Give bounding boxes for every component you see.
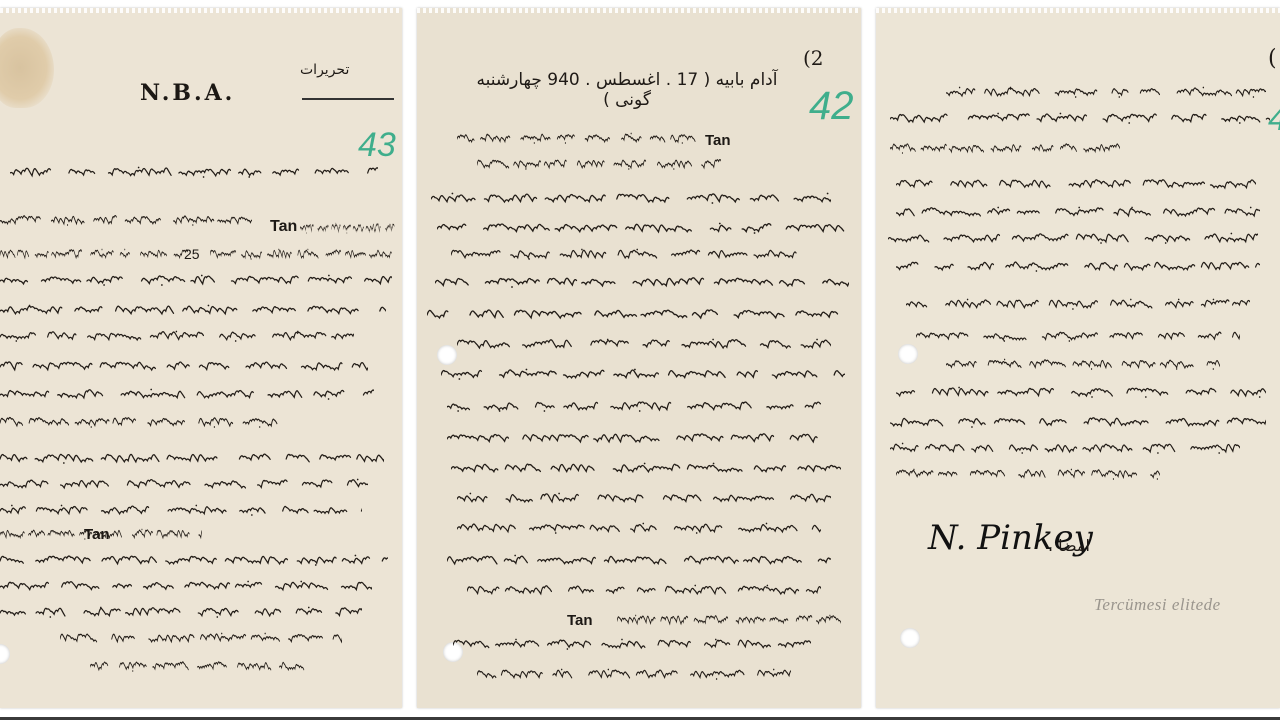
handwriting-line xyxy=(477,158,721,170)
handwriting-line xyxy=(477,668,791,680)
punch-hole xyxy=(898,344,918,364)
closing-word: امضا . xyxy=(1048,536,1090,555)
handwriting-line xyxy=(888,232,1258,244)
page-marker: ( xyxy=(1268,46,1277,71)
handwriting-line xyxy=(0,274,392,286)
handwriting-line xyxy=(427,308,843,320)
handwriting-line xyxy=(946,358,1220,370)
word-tan: Tan xyxy=(270,218,297,236)
handwriting-line xyxy=(451,248,801,260)
handwriting-line xyxy=(896,386,1266,398)
handwriting-line xyxy=(896,178,1256,190)
handwriting-line xyxy=(0,248,188,260)
handwriting-line xyxy=(890,416,1266,428)
handwriting-line xyxy=(437,222,847,234)
handwriting-line xyxy=(890,442,1240,454)
heading-underline xyxy=(302,98,394,100)
handwriting-line xyxy=(0,554,388,566)
punch-hole xyxy=(0,644,10,664)
punch-hole xyxy=(900,628,920,648)
handwriting-line xyxy=(896,206,1260,218)
handwriting-line xyxy=(10,166,378,178)
folio-number: 43 xyxy=(358,126,396,165)
handwriting-line xyxy=(457,522,821,534)
handwriting-line xyxy=(890,142,1120,154)
pencil-note: Tercümesi elitede xyxy=(1094,595,1221,615)
handwriting-line xyxy=(946,86,1266,98)
handwriting-line xyxy=(0,580,372,592)
letter-page-1: N.B.A. تحريرات 43 Tan 25 Tan xyxy=(0,8,402,708)
handwriting-line xyxy=(0,330,354,342)
handwriting-line xyxy=(435,276,849,288)
handwriting-line xyxy=(300,222,396,234)
word-tan: Tan xyxy=(705,132,731,149)
top-right-note: تحريرات xyxy=(300,62,349,78)
handwriting-line xyxy=(453,638,811,650)
handwriting-line xyxy=(457,492,831,504)
handwriting-line xyxy=(0,360,368,372)
letter-page-2: (2 آدام بابيه ( 17 . اغسطس . 940 چهارشنب… xyxy=(417,8,861,708)
handwriting-line xyxy=(896,260,1260,272)
handwriting-line xyxy=(90,660,312,672)
handwriting-line xyxy=(0,304,386,316)
page-heading: N.B.A. xyxy=(140,80,235,106)
water-stain xyxy=(0,28,54,108)
handwriting-line xyxy=(457,132,701,144)
handwriting-line xyxy=(467,584,821,596)
letter-page-3: 4 ( N. Pinkey امضا . Tercümesi elitede xyxy=(876,8,1280,708)
handwriting-line xyxy=(896,468,1160,480)
folio-number: 42 xyxy=(809,84,854,129)
handwriting-line xyxy=(0,606,362,618)
handwriting-line xyxy=(441,368,845,380)
handwriting-line xyxy=(451,462,841,474)
handwriting-line xyxy=(0,388,374,400)
date-line: آدام بابيه ( 17 . اغسطس . 940 چهارشنبه گ… xyxy=(457,70,797,110)
handwriting-line xyxy=(0,452,384,464)
handwriting-line xyxy=(447,400,821,412)
handwriting-line xyxy=(916,330,1240,342)
word-tan: Tan xyxy=(567,612,593,629)
handwriting-line xyxy=(617,614,841,626)
punch-hole xyxy=(437,345,457,365)
handwriting-line xyxy=(0,528,202,540)
handwriting-line xyxy=(457,338,831,350)
handwriting-line xyxy=(906,298,1250,310)
handwriting-line xyxy=(0,504,362,516)
handwriting-line xyxy=(447,554,831,566)
handwriting-line xyxy=(0,478,368,490)
handwriting-line xyxy=(60,632,342,644)
handwriting-line xyxy=(890,112,1270,124)
handwriting-line xyxy=(447,432,831,444)
handwriting-line xyxy=(0,416,282,428)
handwriting-line xyxy=(210,248,394,260)
handwriting-line xyxy=(0,214,252,226)
page-marker: (2 xyxy=(803,46,824,70)
handwriting-line xyxy=(431,192,831,204)
